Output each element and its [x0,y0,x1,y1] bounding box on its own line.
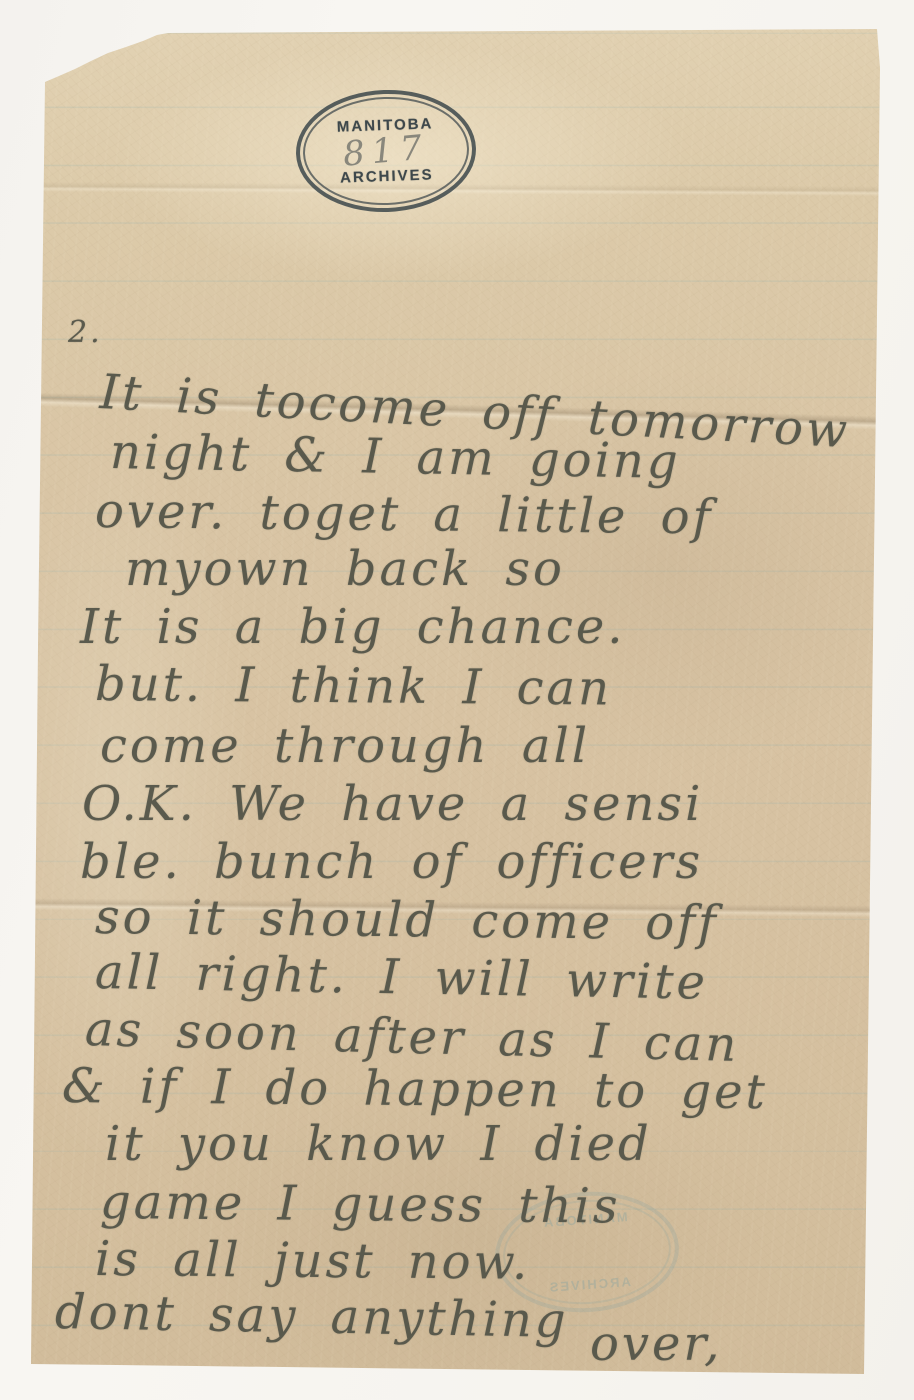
letter-line: myown back so [125,545,565,593]
page-number: 2. [68,318,103,348]
letter-line: game I guess this [100,1178,621,1231]
stamp-accession-number: 817 [342,130,431,171]
letter-line: but. I think I can [95,660,613,713]
letter-line: O.K. We have a sensi [82,780,703,828]
letter-line: so it should come off [95,893,719,948]
letter-line: come through all [100,722,590,770]
ghost-stamp-bottom-text: ARCHIVES [547,1274,631,1295]
manitoba-archives-stamp-inner: MANITOBA 817 ARCHIVES [301,94,471,208]
letter-line: over. toget a little of [95,487,714,541]
letter-line: over, [590,1320,722,1368]
letter-line: all right. I will write [95,948,709,1007]
letter-line: & if I do happen to get [62,1062,768,1116]
manitoba-archives-stamp: MANITOBA 817 ARCHIVES [294,87,478,215]
fold-crease [18,182,914,197]
letter-paper: MANITOBA ARCHIVES MANITOBA 817 ARCHIVES … [28,26,880,1376]
letter-line: It is a big chance. [80,603,626,651]
letter-line: is all just now. [95,1235,531,1287]
letter-line: night & I am going [110,428,681,486]
letter-line: it you know I died [105,1120,652,1168]
scanned-letter-page: MANITOBA ARCHIVES MANITOBA 817 ARCHIVES … [0,0,914,1400]
letter-line: ble. bunch of officers [80,838,703,886]
letter-line: dont say anything [55,1288,569,1345]
